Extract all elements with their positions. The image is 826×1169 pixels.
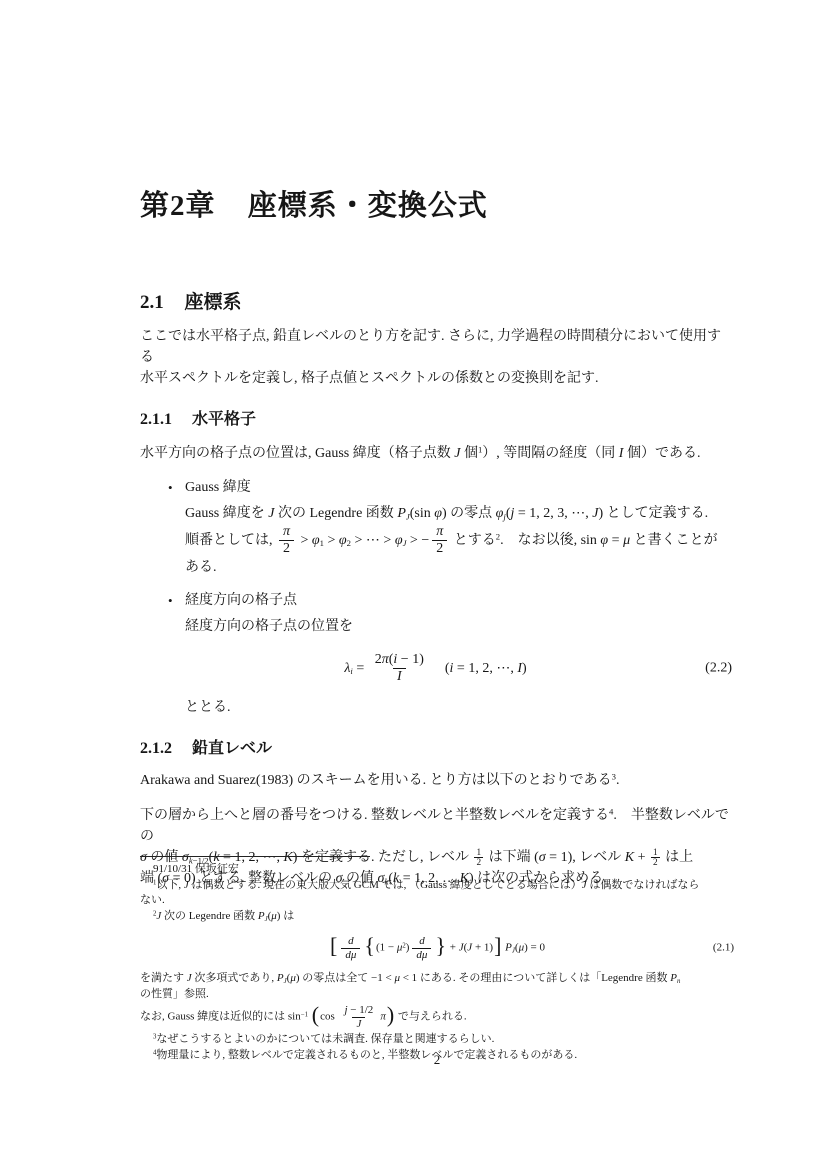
equation-2-2-tag: (2.2) (705, 658, 732, 679)
bullet-icon: • (168, 590, 185, 718)
bullet-gauss-latitude-text: Gauss 緯度を J 次の Legendre 函数 PJ(sin φ) の零点… (185, 503, 734, 578)
section-2-1-1-title: 水平格子 (192, 411, 256, 428)
footnote-1-line: 1以下, J は偶数とする. 現在の東大版大気 GCM では, （Gauss 緯… (140, 878, 734, 894)
section-2-1-title: 座標系 (185, 292, 242, 313)
section-2-1-2-title: 鉛直レベル (192, 740, 272, 757)
footnote-2-intro: 2J 次の Legendre 函数 PJ(μ) は (140, 909, 734, 925)
paragraph-line: ここでは水平格子点, 鉛直レベルのとり方を記す. さらに, 力学過程の時間積分に… (140, 326, 734, 368)
section-2-1-1-number: 2.1.1 (140, 411, 172, 428)
section-2-1-number: 2.1 (140, 292, 164, 313)
horizontal-grid-intro: 水平方向の格子点の位置は, Gauss 緯度（格子点数 J 個1）, 等間隔の経… (140, 443, 734, 464)
bullet-icon: • (168, 477, 185, 578)
section-2-1-1-heading: 2.1.1 水平格子 (140, 409, 734, 431)
equation-2-1-row: [ddμ{(1 − μ2)ddμ} + J(J + 1)] PJ(μ) = 0 … (140, 928, 734, 968)
equation-2-2: λi = 2π(i − 1)I (i = 1, 2, ⋯, I) (344, 652, 526, 685)
chapter-title: 座標系・変換公式 (248, 190, 488, 222)
bullet-label: 経度方向の格子点 (185, 590, 734, 611)
paragraph-line: 水平方向の格子点の位置は, Gauss 緯度（格子点数 J 個1）, 等間隔の経… (140, 443, 734, 464)
paragraph-line: ある. (185, 557, 734, 578)
paragraph-line: Gauss 緯度を J 次の Legendre 函数 PJ(sin φ) の零点… (185, 503, 734, 524)
revision-date-line: 91/10/31 保坂征宏 (140, 862, 734, 878)
paragraph-line: 下の層から上へと層の番号をつける. 整数レベルと半整数レベルを定義する4. 半整… (140, 805, 734, 847)
footnote-2-line: の性質」参照. (140, 987, 734, 1003)
page-number: 2 (140, 1052, 734, 1068)
paragraph-line: 順番としては, π2 > φ1 > φ2 > ⋯ > φJ > −π2 とする2… (185, 524, 734, 557)
equation-2-2-row: λi = 2π(i − 1)I (i = 1, 2, ⋯, I) (2.2) (185, 646, 734, 690)
section-2-1-2-heading: 2.1.2 鉛直レベル (140, 738, 734, 760)
footnote-1-line: ない. (140, 893, 734, 909)
section-2-1-paragraph: ここでは水平格子点, 鉛直レベルのとり方を記す. さらに, 力学過程の時間積分に… (140, 326, 734, 389)
footnote-3-line: 3なぜこうするとよいのかについては未調査. 保存量と関連するらしい. (140, 1032, 734, 1048)
document-page: 第2章 座標系・変換公式 2.1 座標系 ここでは水平格子点, 鉛直レベルのとり… (0, 0, 826, 1169)
page-content: 第2章 座標系・変換公式 2.1 座標系 ここでは水平格子点, 鉛直レベルのとり… (140, 186, 734, 889)
bullet-longitude-grid-body: 経度方向の格子点 経度方向の格子点の位置を λi = 2π(i − 1)I (i… (185, 590, 734, 718)
section-2-1-2-number: 2.1.2 (140, 740, 172, 757)
bullet-gauss-latitude: • Gauss 緯度 Gauss 緯度を J 次の Legendre 函数 PJ… (140, 477, 734, 578)
chapter-heading: 第2章 座標系・変換公式 (140, 186, 734, 226)
footnote-gauss-approx-line: なお, Gauss 緯度は近似的には sin−1 (cos j − 1/2Jπ)… (140, 1004, 734, 1030)
paragraph-line: 水平スペクトルを定義し, 格子点値とスペクトルの係数との変換則を記す. (140, 368, 734, 389)
vertical-level-paragraph-1: Arakawa and Suarez(1983) のスキームを用いる. とり方は… (140, 770, 734, 791)
paragraph-line: ととる. (185, 697, 734, 718)
bullet-longitude-grid: • 経度方向の格子点 経度方向の格子点の位置を λi = 2π(i − 1)I … (140, 590, 734, 718)
equation-2-1: [ddμ{(1 − μ2)ddμ} + J(J + 1)] PJ(μ) = 0 (329, 935, 545, 961)
bullet-gauss-latitude-body: Gauss 緯度 Gauss 緯度を J 次の Legendre 函数 PJ(s… (185, 477, 734, 578)
chapter-number: 第2章 (140, 190, 216, 222)
bullet-list: • Gauss 緯度 Gauss 緯度を J 次の Legendre 函数 PJ… (140, 477, 734, 718)
section-2-1-heading: 2.1 座標系 (140, 290, 734, 316)
paragraph-line: Arakawa and Suarez(1983) のスキームを用いる. とり方は… (140, 770, 734, 791)
equation-2-1-tag: (2.1) (713, 940, 734, 956)
bullet-longitude-grid-text: 経度方向の格子点の位置を λi = 2π(i − 1)I (i = 1, 2, … (185, 616, 734, 718)
footnote-2-line: を満たす J 次多項式であり, PJ(μ) の零点は全て −1 < μ < 1 … (140, 971, 734, 987)
footnote-rule (140, 856, 370, 857)
paragraph-line: 経度方向の格子点の位置を (185, 616, 734, 637)
bullet-label: Gauss 緯度 (185, 477, 734, 498)
footnote-area: 91/10/31 保坂征宏 1以下, J は偶数とする. 現在の東大版大気 GC… (140, 856, 734, 1063)
